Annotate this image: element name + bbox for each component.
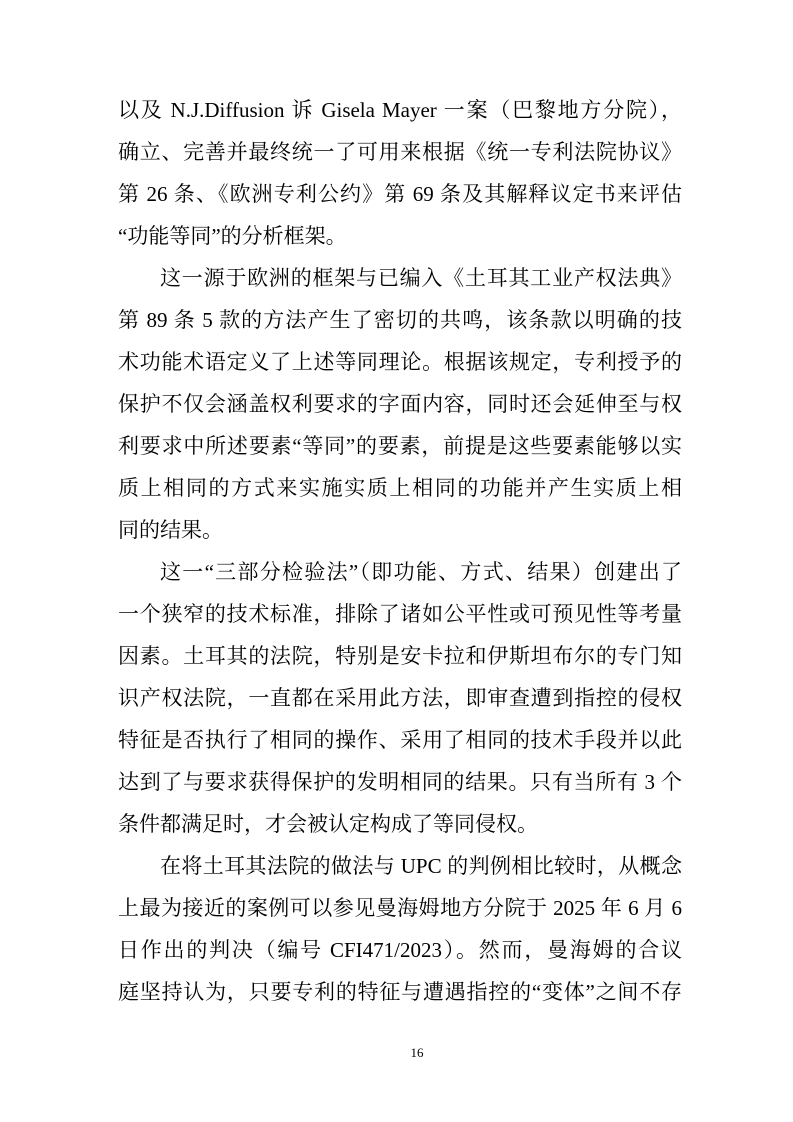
page-number: 16	[0, 1045, 793, 1061]
text-line: 日作出的判决（编号 CFI471/2023）。然而，曼海姆的合议	[118, 929, 682, 971]
text-line: 这一“三部分检验法”（即功能、方式、结果）创建出了	[118, 551, 682, 593]
text-line: 第 26 条、《欧洲专利公约》第 69 条及其解释议定书来评估	[118, 173, 682, 215]
text-line: 这一源于欧洲的框架与已编入《土耳其工业产权法典》	[118, 257, 682, 299]
text-line: 一个狭窄的技术标准，排除了诸如公平性或可预见性等考量	[118, 593, 682, 635]
text-line: 上最为接近的案例可以参见曼海姆地方分院于 2025 年 6 月 6	[118, 887, 682, 929]
text-line: 识产权法院，一直都在采用此方法，即审查遭到指控的侵权	[118, 677, 682, 719]
text-line: 条件都满足时，才会被认定构成了等同侵权。	[118, 803, 682, 845]
text-line: 以及 N.J.Diffusion 诉 Gisela Mayer 一案（巴黎地方分…	[118, 89, 682, 131]
text-line: 达到了与要求获得保护的发明相同的结果。只有当所有 3 个	[118, 761, 682, 803]
text-line: 在将土耳其法院的做法与 UPC 的判例相比较时，从概念	[118, 845, 682, 887]
text-line: 质上相同的方式来实施实质上相同的功能并产生实质上相	[118, 467, 682, 509]
text-line: 术功能术语定义了上述等同理论。根据该规定，专利授予的	[118, 341, 682, 383]
text-line: 保护不仅会涵盖权利要求的字面内容，同时还会延伸至与权	[118, 383, 682, 425]
text-line: 因素。土耳其的法院，特别是安卡拉和伊斯坦布尔的专门知	[118, 635, 682, 677]
text-line: 同的结果。	[118, 509, 682, 551]
text-line: 利要求中所述要素“等同”的要素，前提是这些要素能够以实	[118, 425, 682, 467]
text-line: 庭坚持认为，只要专利的特征与遭遇指控的“变体”之间不存	[118, 971, 682, 1013]
text-line: “功能等同”的分析框架。	[118, 215, 682, 257]
text-line: 特征是否执行了相同的操作、采用了相同的技术手段并以此	[118, 719, 682, 761]
text-line: 第 89 条 5 款的方法产生了密切的共鸣，该条款以明确的技	[118, 299, 682, 341]
text-line: 确立、完善并最终统一了可用来根据《统一专利法院协议》	[118, 131, 682, 173]
page-text: 以及 N.J.Diffusion 诉 Gisela Mayer 一案（巴黎地方分…	[118, 89, 682, 1013]
document-page: 以及 N.J.Diffusion 诉 Gisela Mayer 一案（巴黎地方分…	[0, 0, 793, 1122]
